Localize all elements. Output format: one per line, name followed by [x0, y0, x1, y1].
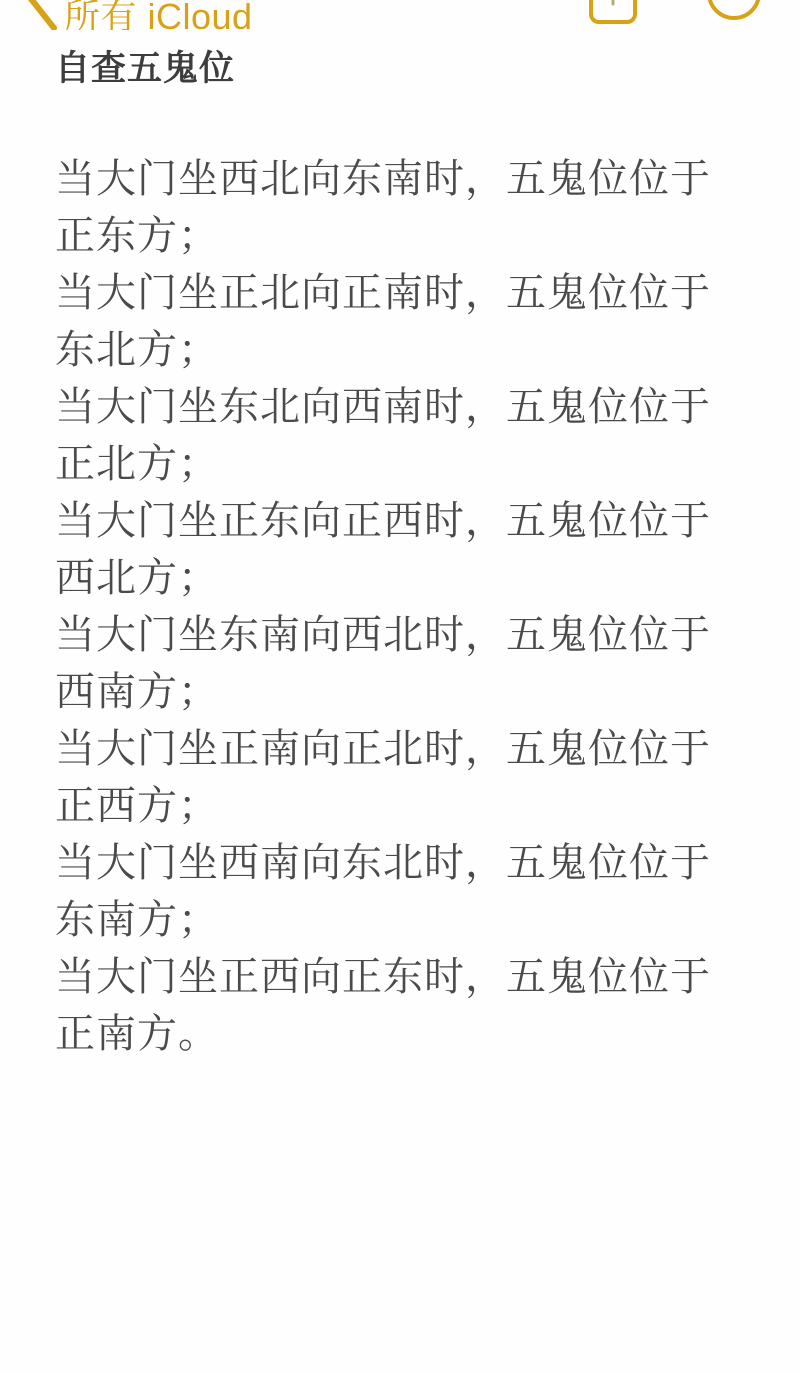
share-icon — [588, 0, 638, 26]
note-line: 东北方； — [55, 322, 760, 379]
note-line: 当大门坐正北向正南时，五鬼位位于 — [55, 265, 760, 322]
note-line: 当大门坐东南向西北时，五鬼位位于 — [55, 607, 760, 664]
note-line: 正北方； — [55, 436, 760, 493]
note-title: 自查五鬼位 — [55, 48, 800, 90]
note-body: 当大门坐西北向东南时，五鬼位位于 正东方； 当大门坐正北向正南时，五鬼位位于 东… — [55, 151, 760, 1063]
note-line: 正南方。 — [55, 1006, 760, 1063]
nav-bar: 所有 iCloud — [0, 0, 800, 30]
note-line: 西南方； — [55, 664, 760, 721]
note-line: 当大门坐东北向西南时，五鬼位位于 — [55, 379, 760, 436]
note-editor[interactable]: 自查五鬼位 当大门坐西北向东南时，五鬼位位于 正东方； 当大门坐正北向正南时，五… — [0, 48, 800, 1063]
note-line: 当大门坐西南向东北时，五鬼位位于 — [55, 835, 760, 892]
note-line: 当大门坐西北向东南时，五鬼位位于 — [55, 151, 760, 208]
note-line: 正东方； — [55, 208, 760, 265]
note-line: 当大门坐正东向正西时，五鬼位位于 — [55, 493, 760, 550]
chevron-left-icon — [14, 0, 58, 30]
note-line: 正西方； — [55, 778, 760, 835]
note-line: 当大门坐正南向正北时，五鬼位位于 — [55, 721, 760, 778]
notes-app-screen: 所有 iCloud 自查五鬼位 当大门坐西北向东南时，五鬼位位于 正东方； 当大… — [0, 0, 800, 1373]
more-button[interactable] — [706, 0, 762, 27]
note-line: 东南方； — [55, 892, 760, 949]
back-button-label: 所有 iCloud — [64, 0, 253, 30]
share-button[interactable] — [588, 0, 638, 30]
note-line: 当大门坐正西向正东时，五鬼位位于 — [55, 949, 760, 1006]
note-line: 西北方； — [55, 550, 760, 607]
circle-more-icon — [706, 0, 762, 22]
